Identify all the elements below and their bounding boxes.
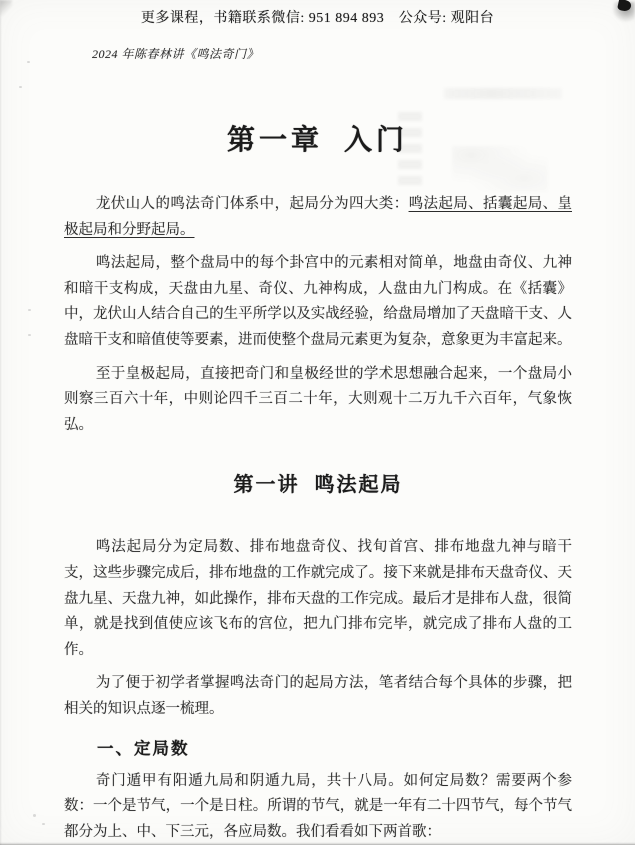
- book-note: 2024 年陈春林讲《鸣法奇门》: [92, 45, 259, 62]
- chapter-title: 第一章 入门: [0, 118, 635, 158]
- bleedthrough-artifact: [444, 88, 562, 99]
- section-title-mingfa-qiju: 第一讲 鸣法起局: [64, 468, 572, 497]
- scanned-document-page: 更多课程，书籍联系微信: 951 894 893 公众号: 观阳台 2024 年…: [0, 0, 635, 845]
- scan-speck: [28, 334, 31, 336]
- page-body: 龙伏山人的鸣法奇门体系中，起局分为四大类：鸣法起局、括囊起局、皇极起局和分野起局…: [64, 192, 572, 845]
- paragraph-jushu-intro: 奇门遁甲有阳遁九局和阴遁九局，共十八局。如何定局数？需要两个参数：一个是节气，一…: [64, 769, 572, 845]
- contact-header: 更多课程，书籍联系微信: 951 894 893 公众号: 观阳台: [0, 7, 635, 27]
- scan-speck: [28, 309, 31, 311]
- paragraph-four-categories: 龙伏山人的鸣法奇门体系中，起局分为四大类：鸣法起局、括囊起局、皇极起局和分野起局…: [64, 192, 572, 243]
- paragraph-huangji: 至于皇极起局，直接把奇门和皇极经世的学术思想融合起来，一个盘局小则察三百六十年，…: [64, 362, 572, 439]
- paragraph-mingfa-overview: 鸣法起局，整个盘局中的每个卦宫中的元素相对简单，地盘由奇仪、九神和暗干支构成，天…: [64, 251, 572, 353]
- scan-speck: [27, 61, 30, 63]
- scan-speck: [42, 823, 45, 825]
- paragraph-qiju-steps: 鸣法起局分为定局数、排布地盘奇仪、找旬首宫、排布地盘九神与暗干支，这些步骤完成后…: [64, 535, 572, 663]
- paragraph-four-categories-lead: 龙伏山人的鸣法奇门体系中，起局分为四大类：: [96, 196, 409, 212]
- scan-speck: [33, 814, 36, 817]
- scan-speck: [19, 86, 22, 88]
- subsection-heading-dingjushu: 一、定局数: [64, 735, 572, 759]
- paragraph-purpose: 为了便于初学者掌握鸣法奇门的起局方法，笔者结合每个具体的步骤，把相关的知识点逐一…: [64, 671, 572, 722]
